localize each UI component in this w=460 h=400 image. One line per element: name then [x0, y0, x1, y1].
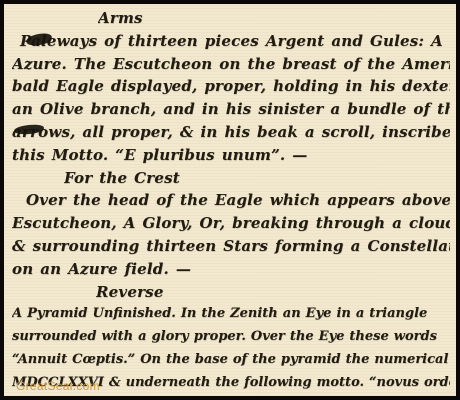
manuscript-text: ArmsPaleways of thirteen pieces Argent a… [4, 4, 456, 396]
section-heading: Arms [98, 7, 450, 30]
section-for-the-crest: For the CrestOver the head of the Eagle … [12, 167, 450, 281]
manuscript-line: on an Azure field. — [12, 258, 450, 281]
manuscript-line: arrows, all proper, & in his beak a scro… [12, 121, 450, 144]
section-heading: For the Crest [64, 167, 450, 190]
manuscript-line: Paleways of thirteen pieces Argent and G… [12, 30, 450, 53]
section-arms: ArmsPaleways of thirteen pieces Argent a… [12, 7, 450, 167]
manuscript-page: ArmsPaleways of thirteen pieces Argent a… [0, 0, 460, 400]
manuscript-line: this Motto. “E pluribus unum”. — [12, 144, 450, 167]
manuscript-line: Azure. The Escutcheon on the breast of t… [12, 53, 450, 76]
manuscript-line: Escutcheon, A Glory, Or, breaking throug… [12, 212, 450, 235]
manuscript-line: bald Eagle displayed, proper, holding in… [12, 75, 450, 98]
section-heading: Reverse [96, 281, 450, 304]
manuscript-line: A Pyramid Unfinished. In the Zenith an E… [12, 303, 450, 326]
manuscript-line: & surrounding thirteen Stars forming a C… [12, 235, 450, 258]
manuscript-line: surrounded with a glory proper. Over the… [12, 326, 450, 349]
section-reverse: ReverseA Pyramid Unfinished. In the Zeni… [12, 281, 450, 395]
manuscript-line: “Annuit Cœptis.” On the base of the pyra… [12, 349, 450, 372]
manuscript-line: an Olive branch, and in his sinister a b… [12, 98, 450, 121]
manuscript-line: Over the head of the Eagle which appears… [12, 189, 450, 212]
watermark: GreatSeal.com [16, 379, 100, 393]
